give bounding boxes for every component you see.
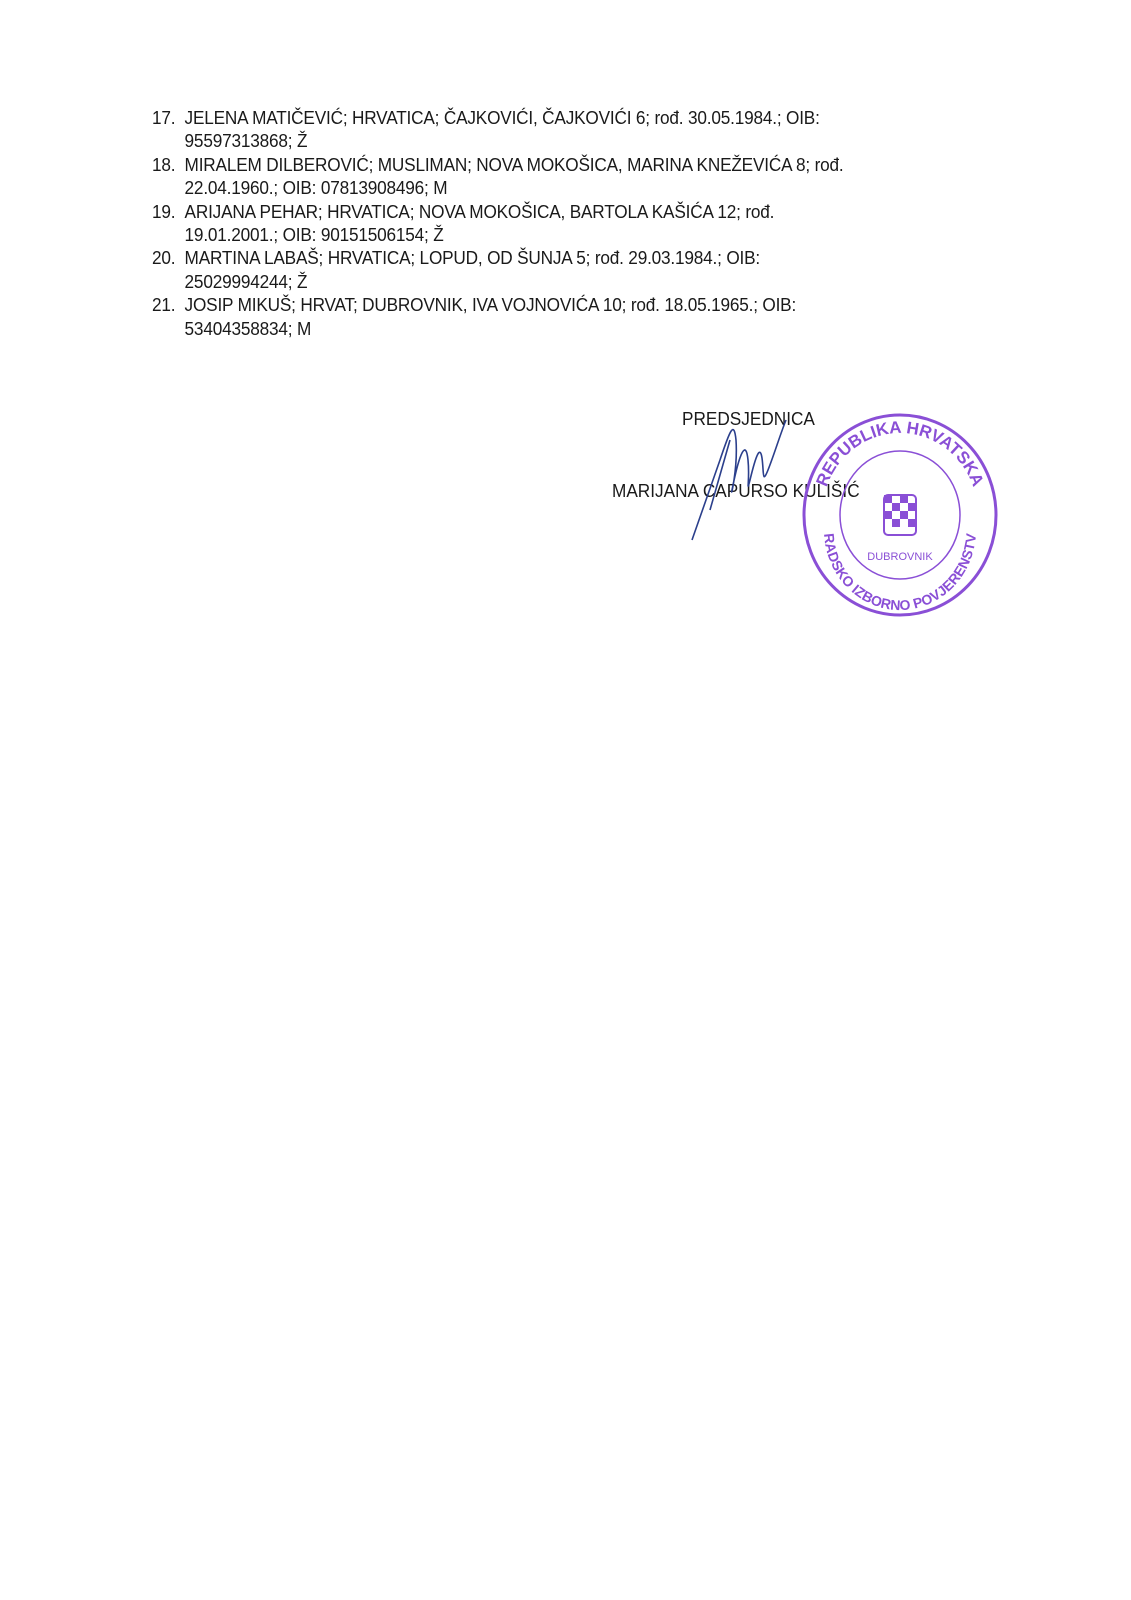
item-number: 18. bbox=[152, 153, 175, 176]
item-line: 25029994244; Ž bbox=[185, 270, 1022, 293]
official-stamp-icon: REPUBLIKA HRVATSKA GRADSKO IZBORNO POVJE… bbox=[800, 400, 1000, 620]
item-number: 17. bbox=[152, 106, 175, 129]
item-line: 19.01.2001.; OIB: 90151506154; Ž bbox=[185, 223, 1022, 246]
candidate-list: 17. JELENA MATIČEVIĆ; HRVATICA; ČAJKOVIĆ… bbox=[152, 106, 992, 340]
item-line: JOSIP MIKUŠ; HRVAT; DUBROVNIK, IVA VOJNO… bbox=[185, 293, 1022, 316]
item-number: 21. bbox=[152, 293, 175, 316]
svg-text:REPUBLIKA HRVATSKA: REPUBLIKA HRVATSKA bbox=[812, 418, 987, 489]
list-item: 20. MARTINA LABAŠ; HRVATICA; LOPUD, OD Š… bbox=[152, 246, 1022, 293]
svg-text:DUBROVNIK: DUBROVNIK bbox=[867, 551, 933, 563]
item-line: JELENA MATIČEVIĆ; HRVATICA; ČAJKOVIĆI, Č… bbox=[185, 106, 1022, 129]
item-line: ARIJANA PEHAR; HRVATICA; NOVA MOKOŠICA, … bbox=[185, 200, 1022, 223]
list-item: 17. JELENA MATIČEVIĆ; HRVATICA; ČAJKOVIĆ… bbox=[152, 106, 1022, 153]
item-line: MARTINA LABAŠ; HRVATICA; LOPUD, OD ŠUNJA… bbox=[185, 246, 1022, 269]
list-item: 21. JOSIP MIKUŠ; HRVAT; DUBROVNIK, IVA V… bbox=[152, 293, 1022, 340]
item-line: 22.04.1960.; OIB: 07813908496; M bbox=[185, 176, 1022, 199]
item-number: 20. bbox=[152, 246, 175, 269]
item-number: 19. bbox=[152, 200, 175, 223]
item-line: MIRALEM DILBEROVIĆ; MUSLIMAN; NOVA MOKOŠ… bbox=[185, 153, 1022, 176]
list-item: 18. MIRALEM DILBEROVIĆ; MUSLIMAN; NOVA M… bbox=[152, 153, 1022, 200]
item-line: 95597313868; Ž bbox=[185, 129, 1022, 152]
item-line: 53404358834; M bbox=[185, 317, 1022, 340]
list-item: 19. ARIJANA PEHAR; HRVATICA; NOVA MOKOŠI… bbox=[152, 200, 1022, 247]
